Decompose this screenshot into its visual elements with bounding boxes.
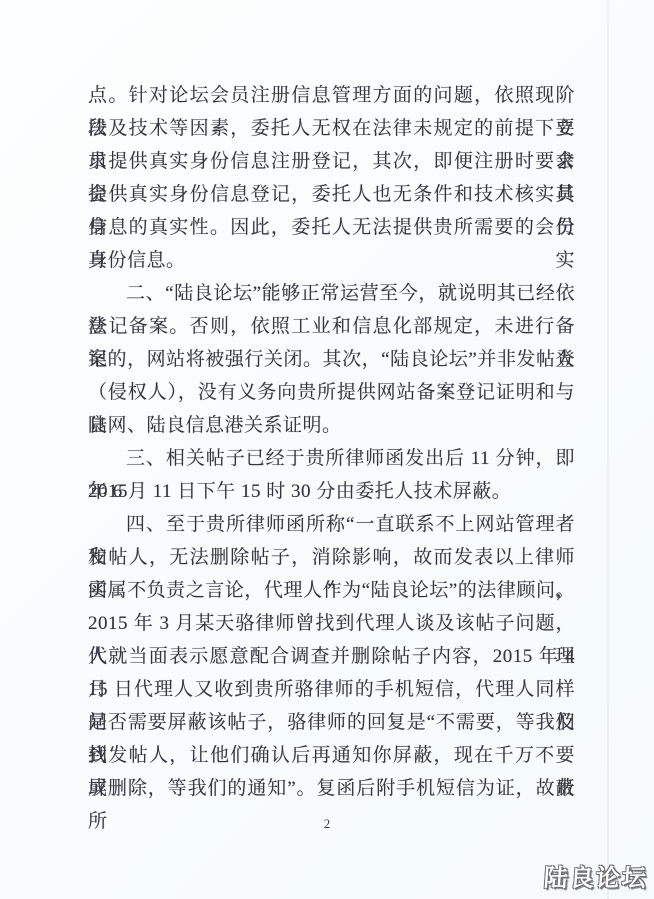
text-line: 四、至于贵所律师函所称“一直联系不上网站管理者和	[88, 508, 575, 541]
text-line: 点。针对论坛会员注册信息管理方面的问题，依照现阶段立	[88, 79, 575, 112]
text-line: 三、相关帖子已经于贵所律师函发出后 11 分钟，即 2015	[88, 442, 575, 475]
watermark-logo: 陆良论坛	[543, 858, 649, 893]
text-line: 15 日代理人又收到贵所骆律师的手机短信，代理人同样问及	[88, 673, 575, 706]
page-number: 2	[0, 816, 654, 832]
text-line: 发帖人，无法删除帖子，消除影响，故而发表以上律师函”。	[88, 541, 575, 574]
text-line: 2015 年 3 月某天骆律师曾找到代理人谈及该帖子问题，代理	[88, 607, 575, 640]
text-line: 实属不负责之言论，代理人作为“陆良论坛”的法律顾问，	[88, 574, 575, 607]
text-line: 是否需要屏蔽该帖子，骆律师的回复是“不需要，等我们找	[88, 706, 575, 739]
text-line: 登记备案。否则，依照工业和信息化部规定，未进行备案登	[88, 310, 575, 343]
text-line: （侵权人），没有义务向贵所提供网站备案登记证明和与陆	[88, 376, 575, 409]
text-line: 提供真实身份信息登记，委托人也无条件和技术核实其身份	[88, 178, 575, 211]
text-line: 二、“陆良论坛”能够正常运营至今，就说明其已经依法	[88, 277, 575, 310]
text-line: 或删除，等我们的通知”。复函后附手机短信为证，故贵所	[88, 772, 575, 805]
text-line: 年 6 月 11 日下午 15 时 30 分由委托人技术屏蔽。	[88, 475, 575, 508]
text-line: 到发帖人，让他们确认后再通知你屏蔽，现在千万不要屏蔽	[88, 739, 575, 772]
scanned-page: 点。针对论坛会员注册信息管理方面的问题，依照现阶段立法及技术等因素，委托人无权在…	[0, 0, 654, 899]
scan-crease-line	[607, 0, 609, 899]
text-line: 员提供真实身份信息注册登记，其次，即便注册时要求会员	[88, 145, 575, 178]
text-line: 记的，网站将被强行关闭。其次，“陆良论坛”并非发帖人	[88, 343, 575, 376]
document-body: 点。针对论坛会员注册信息管理方面的问题，依照现阶段立法及技术等因素，委托人无权在…	[88, 79, 575, 805]
text-line: 人就当面表示愿意配合调查并删除帖子内容，2015 年 4 月	[88, 640, 575, 673]
text-line: 信息的真实性。因此，委托人无法提供贵所需要的会员真实	[88, 211, 575, 244]
text-line: 良网、陆良信息港关系证明。	[88, 409, 575, 442]
text-line: 法及技术等因素，委托人无权在法律未规定的前提下要求会	[88, 112, 575, 145]
